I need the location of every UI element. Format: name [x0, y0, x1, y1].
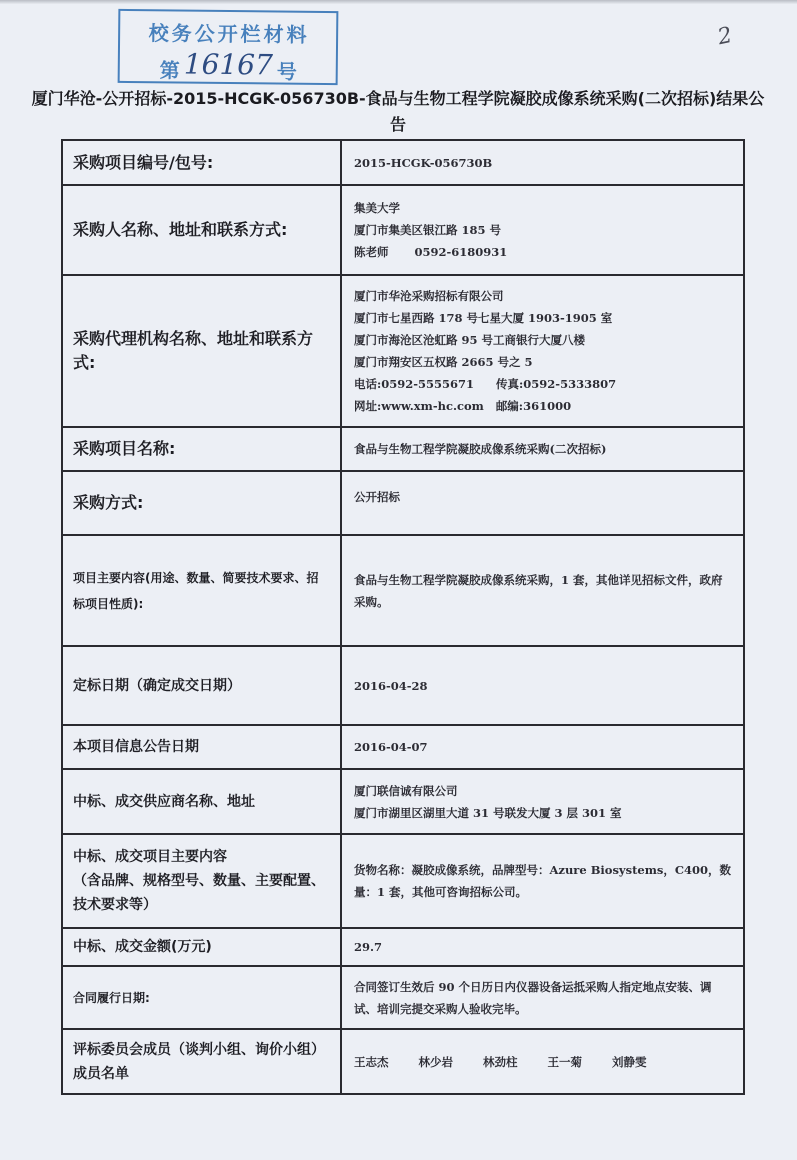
fax-label: 传真: — [496, 377, 523, 391]
row-value: 29.7 — [342, 929, 743, 965]
table-row-project-number: 采购项目编号/包号: 2015-HCGK-056730B — [63, 141, 743, 184]
agency-name: 厦门市华沧采购招标有限公司 — [354, 285, 731, 307]
phone-label: 电话: — [354, 377, 381, 391]
table-row-award-date: 定标日期（确定成交日期） 2016-04-28 — [63, 645, 743, 724]
row-label-line: （含品牌、规格型号、数量、主要配置、 — [73, 869, 325, 893]
project-content: 食品与生物工程学院凝胶成像系统采购，1 套，其他详见招标文件，政府采购。 — [354, 569, 731, 613]
table-row-project-content: 项目主要内容(用途、数量、简要技术要求、招标项目性质): 食品与生物工程学院凝胶… — [63, 534, 743, 645]
school-affairs-stamp: 校务公开栏材料 第16167号 — [118, 9, 339, 85]
contact-name: 陈老师 — [354, 245, 389, 259]
table-row-winning-content: 中标、成交项目主要内容 （含品牌、规格型号、数量、主要配置、 技术要求等） 货物… — [63, 833, 743, 927]
row-label: 采购人名称、地址和联系方式: — [63, 186, 342, 274]
table-row-contract-performance: 合同履行日期: 合同签订生效后 90 个日历日内仪器设备运抵采购人指定地点安装、… — [63, 965, 743, 1028]
committee-members: 王志杰 林少岩 林劲柱 王一菊 刘静雯 — [354, 1051, 731, 1073]
row-value: 2016-04-07 — [342, 726, 743, 768]
row-label: 定标日期（确定成交日期） — [63, 647, 342, 724]
contact-phone: 0592-6180931 — [415, 245, 508, 259]
fax-value: 0592-5333807 — [523, 377, 616, 391]
table-row-project-name: 采购项目名称: 食品与生物工程学院凝胶成像系统采购(二次招标) — [63, 426, 743, 470]
committee-member: 刘静雯 — [612, 1051, 647, 1073]
website-label: 网址: — [354, 399, 381, 413]
table-row-agency: 采购代理机构名称、地址和联系方式: 厦门市华沧采购招标有限公司 厦门市七星西路 … — [63, 274, 743, 426]
row-label-line: 中标、成交项目主要内容 — [73, 845, 227, 869]
row-label: 合同履行日期: — [63, 967, 342, 1028]
row-value: 公开招标 — [342, 472, 743, 534]
phone-value: 0592-5555671 — [381, 377, 474, 391]
committee-member: 林劲柱 — [483, 1051, 518, 1073]
stamp-title: 校务公开栏材料 — [124, 17, 334, 48]
stamp-handwritten-number: 16167 — [184, 48, 273, 82]
row-value: 食品与生物工程学院凝胶成像系统采购，1 套，其他详见招标文件，政府采购。 — [342, 536, 743, 645]
postcode-value: 361000 — [523, 399, 571, 413]
handwritten-page-mark: 2 — [716, 23, 735, 50]
row-value: 2016-04-28 — [342, 647, 743, 724]
row-value: 2015-HCGK-056730B — [342, 141, 743, 184]
table-row-committee: 评标委员会成员（谈判小组、询价小组）成员名单 王志杰 林少岩 林劲柱 王一菊 刘… — [63, 1028, 743, 1093]
table-row-purchaser: 采购人名称、地址和联系方式: 集美大学 厦门市集美区银江路 185 号 陈老师0… — [63, 184, 743, 274]
committee-member: 林少岩 — [419, 1051, 454, 1073]
document-title: 厦门华沧-公开招标-2015-HCGK-056730B-食品与生物工程学院凝胶成… — [28, 86, 768, 138]
row-label: 项目主要内容(用途、数量、简要技术要求、招标项目性质): — [63, 536, 342, 645]
project-number: 2015-HCGK-056730B — [354, 152, 731, 174]
agency-address-2: 厦门市海沧区沧虹路 95 号工商银行大厦八楼 — [354, 329, 731, 351]
row-label: 评标委员会成员（谈判小组、询价小组）成员名单 — [63, 1030, 342, 1093]
winning-amount: 29.7 — [354, 936, 731, 958]
stamp-suffix: 号 — [277, 60, 297, 84]
website-value: www.xm-hc.com — [381, 399, 484, 413]
row-value: 合同签订生效后 90 个日历日内仪器设备运抵采购人指定地点安装、调试、培训完提交… — [342, 967, 743, 1028]
row-label: 采购项目名称: — [63, 428, 342, 470]
row-value: 王志杰 林少岩 林劲柱 王一菊 刘静雯 — [342, 1030, 743, 1093]
purchaser-address: 厦门市集美区银江路 185 号 — [354, 219, 731, 241]
committee-member: 王志杰 — [354, 1051, 389, 1073]
stamp-number-row: 第16167号 — [160, 51, 297, 85]
row-label: 采购方式: — [63, 472, 342, 534]
announcement-date: 2016-04-07 — [354, 736, 731, 758]
purchaser-contact: 陈老师0592-6180931 — [354, 241, 731, 263]
purchaser-name: 集美大学 — [354, 197, 731, 219]
row-value: 集美大学 厦门市集美区银江路 185 号 陈老师0592-6180931 — [342, 186, 743, 274]
committee-member: 王一菊 — [548, 1051, 583, 1073]
row-value: 厦门联信诚有限公司 厦门市湖里区湖里大道 31 号联发大厦 3 层 301 室 — [342, 770, 743, 833]
row-label-line: 技术要求等） — [73, 893, 157, 917]
row-value: 食品与生物工程学院凝胶成像系统采购(二次招标) — [342, 428, 743, 470]
contract-performance: 合同签订生效后 90 个日历日内仪器设备运抵采购人指定地点安装、调试、培训完提交… — [354, 976, 731, 1020]
supplier-name: 厦门联信诚有限公司 — [354, 780, 731, 802]
table-row-supplier: 中标、成交供应商名称、地址 厦门联信诚有限公司 厦门市湖里区湖里大道 31 号联… — [63, 768, 743, 833]
agency-phone-fax: 电话:0592-5555671传真:0592-5333807 — [354, 373, 731, 395]
project-name: 食品与生物工程学院凝胶成像系统采购(二次招标) — [354, 438, 731, 460]
row-label: 中标、成交项目主要内容 （含品牌、规格型号、数量、主要配置、 技术要求等） — [63, 835, 342, 927]
agency-web-post: 网址:www.xm-hc.com邮编:361000 — [354, 395, 731, 417]
row-value: 货物名称：凝胶成像系统，品牌型号：Azure Biosystems，C400，数… — [342, 835, 743, 927]
procurement-method: 公开招标 — [354, 486, 731, 508]
award-date: 2016-04-28 — [354, 675, 731, 697]
row-label: 采购项目编号/包号: — [63, 141, 342, 184]
table-row-amount: 中标、成交金额(万元) 29.7 — [63, 927, 743, 965]
table-row-procurement-method: 采购方式: 公开招标 — [63, 470, 743, 534]
row-label: 中标、成交供应商名称、地址 — [63, 770, 342, 833]
winning-content: 货物名称：凝胶成像系统，品牌型号：Azure Biosystems，C400，数… — [354, 859, 731, 903]
stamp-prefix: 第 — [160, 58, 180, 82]
agency-address-3: 厦门市翔安区五权路 2665 号之 5 — [354, 351, 731, 373]
scan-edge — [0, 0, 797, 4]
agency-address-1: 厦门市七星西路 178 号七星大厦 1903-1905 室 — [354, 307, 731, 329]
table-row-announcement-date: 本项目信息公告日期 2016-04-07 — [63, 724, 743, 768]
announcement-table: 采购项目编号/包号: 2015-HCGK-056730B 采购人名称、地址和联系… — [61, 139, 745, 1095]
row-value: 厦门市华沧采购招标有限公司 厦门市七星西路 178 号七星大厦 1903-190… — [342, 276, 743, 426]
row-label: 本项目信息公告日期 — [63, 726, 342, 768]
supplier-address: 厦门市湖里区湖里大道 31 号联发大厦 3 层 301 室 — [354, 802, 731, 824]
row-label: 采购代理机构名称、地址和联系方式: — [63, 276, 342, 426]
row-label: 中标、成交金额(万元) — [63, 929, 342, 965]
postcode-label: 邮编: — [496, 399, 523, 413]
